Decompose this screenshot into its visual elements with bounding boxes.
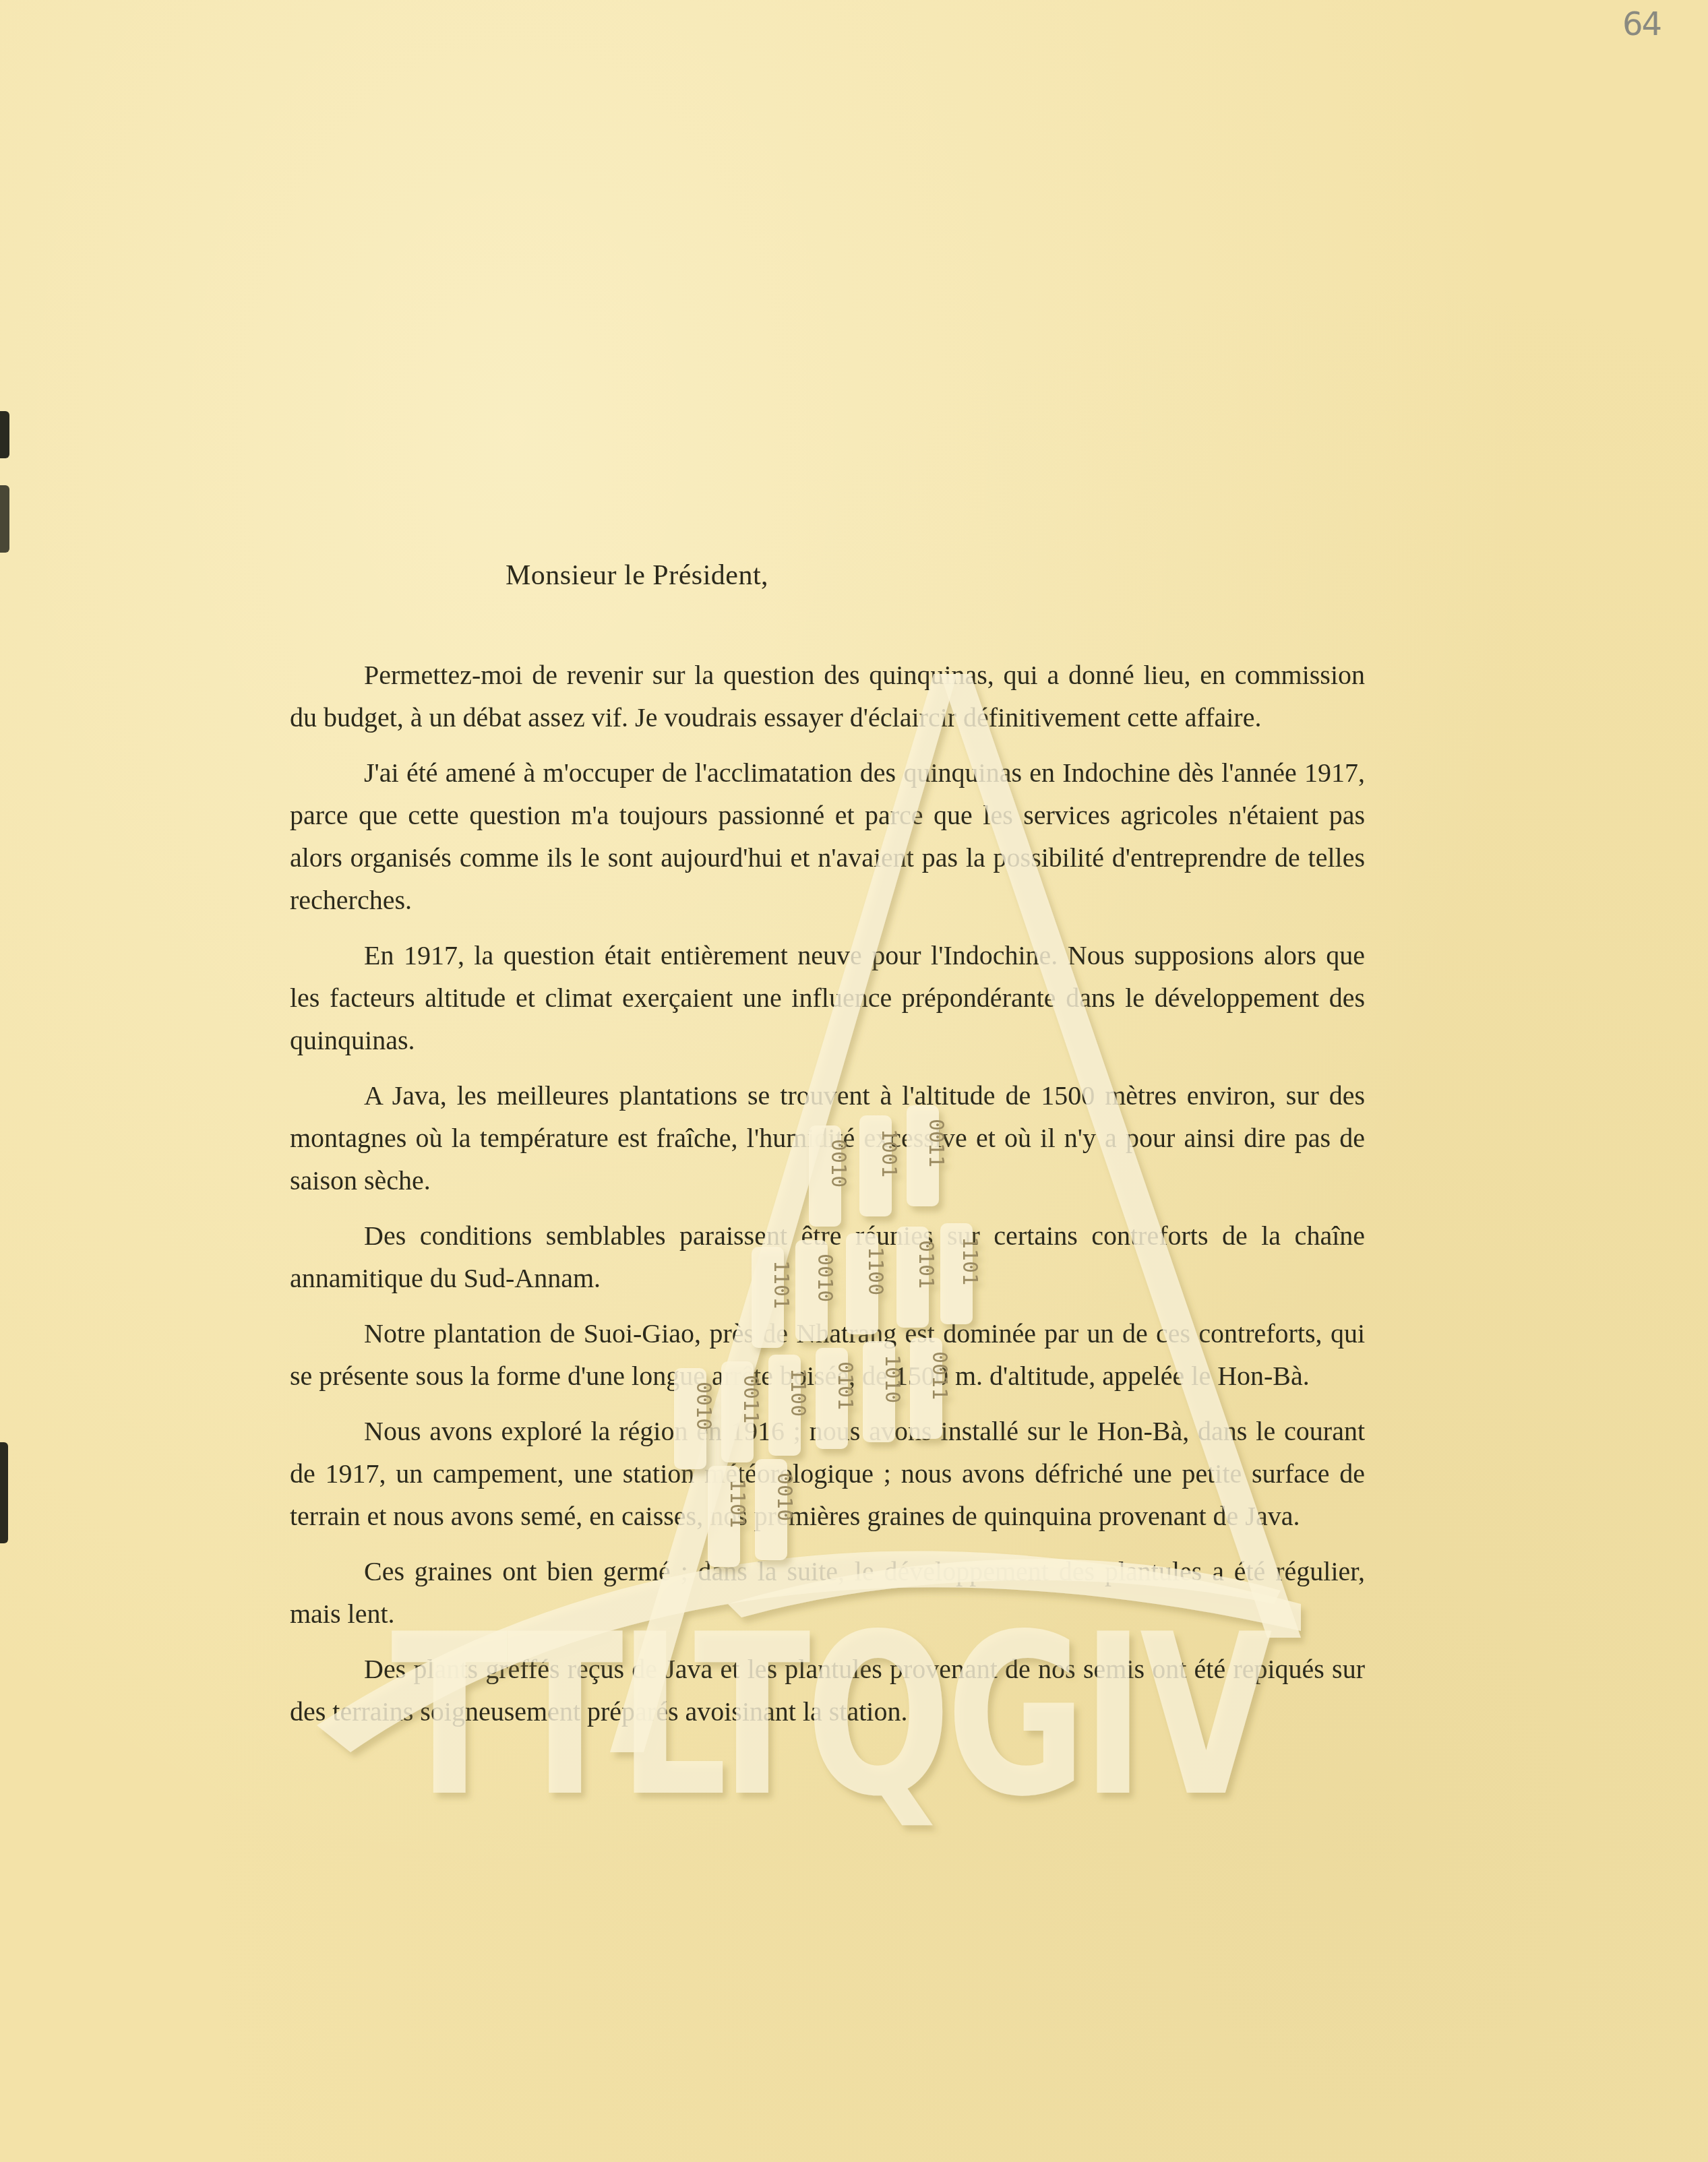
binding-mark	[0, 411, 9, 458]
binding-mark	[0, 1442, 8, 1543]
binding-mark	[0, 485, 9, 553]
salutation: Monsieur le Président,	[506, 559, 768, 592]
page-number-annotation: 64	[1622, 5, 1661, 43]
paragraph: En 1917, la question était entièrement n…	[290, 934, 1365, 1061]
paragraph: Nous avons exploré la région en 1916 ; n…	[290, 1410, 1365, 1537]
letter-body: Permettez-moi de revenir sur la question…	[290, 654, 1365, 1746]
paragraph: Des conditions semblables paraissent êtr…	[290, 1214, 1365, 1299]
paragraph: Notre plantation de Suoi-Giao, près de N…	[290, 1312, 1365, 1397]
paragraph: Permettez-moi de revenir sur la question…	[290, 654, 1365, 739]
paragraph: A Java, les meilleures plantations se tr…	[290, 1074, 1365, 1202]
paragraph: Ces graines ont bien germé ; dans la sui…	[290, 1550, 1365, 1635]
paragraph: Des plants greffés reçus de Java et les …	[290, 1648, 1365, 1733]
paragraph: J'ai été amené à m'occuper de l'acclimat…	[290, 751, 1365, 921]
